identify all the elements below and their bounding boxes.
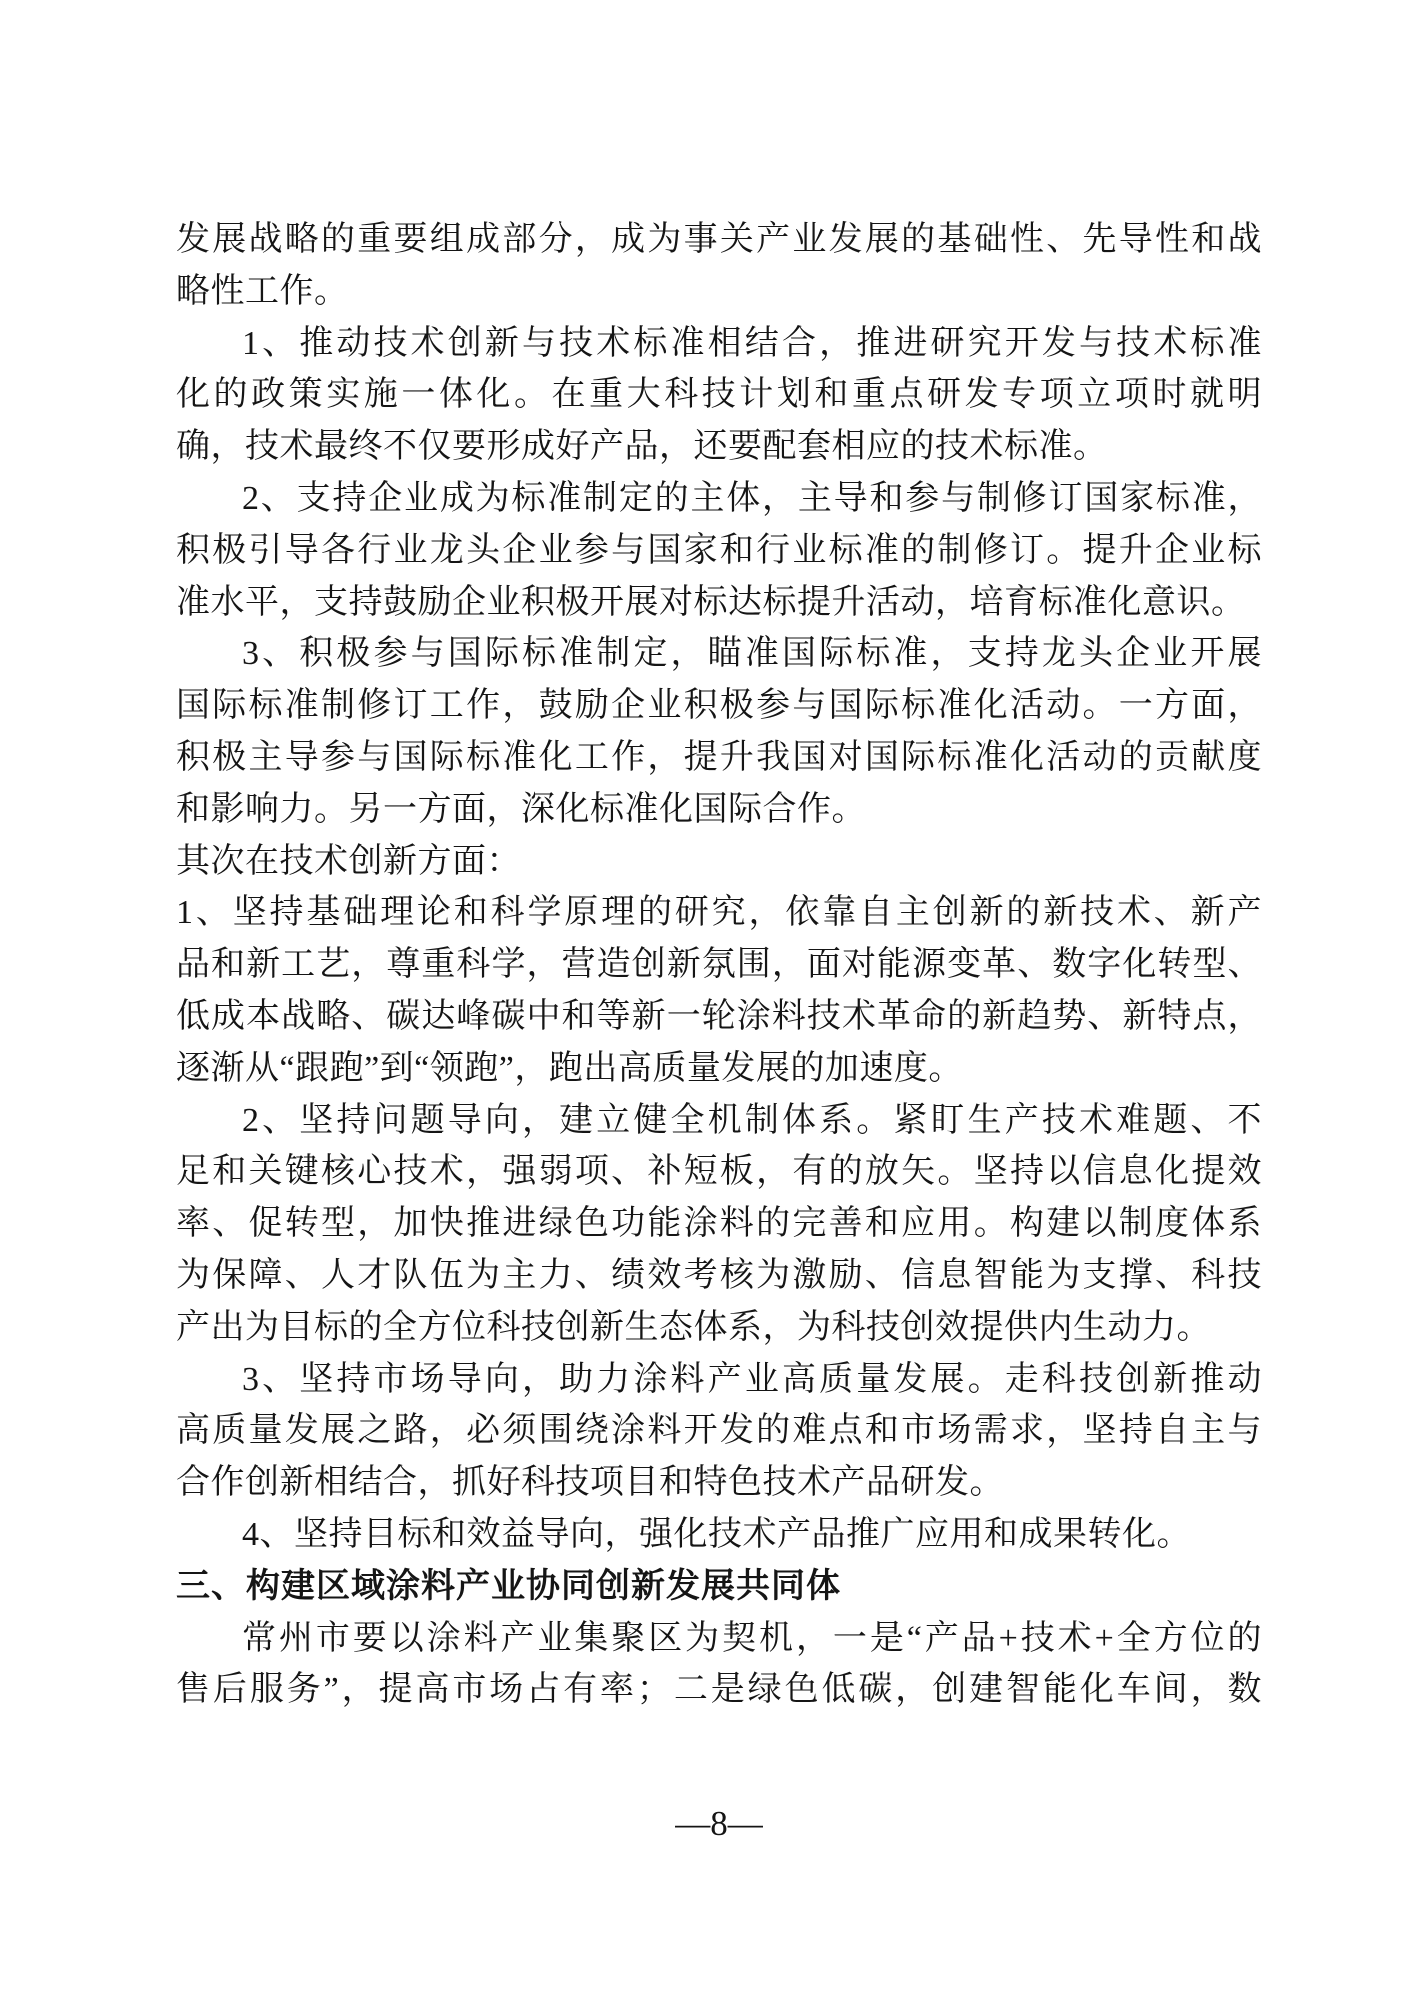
document-line: 合作创新相结合，抓好科技项目和特色技术产品研发。	[176, 1457, 1262, 1509]
document-line: 国际标准制修订工作，鼓励企业积极参与国际标准化活动。一方面，	[176, 680, 1262, 732]
document-line: 其次在技术创新方面：	[176, 836, 1262, 888]
document-line: 低成本战略、碳达峰碳中和等新一轮涂料技术革命的新趋势、新特点，	[176, 991, 1262, 1043]
page-number: —8—	[176, 1798, 1262, 1850]
document-line: 常州市要以涂料产业集聚区为契机，一是“产品+技术+全方位的	[176, 1613, 1262, 1665]
document-line: 为保障、人才队伍为主力、绩效考核为激励、信息智能为支撑、科技	[176, 1250, 1262, 1302]
document-line: 率、促转型，加快推进绿色功能涂料的完善和应用。构建以制度体系	[176, 1198, 1262, 1250]
document-line: 准水平，支持鼓励企业积极开展对标达标提升活动，培育标准化意识。	[176, 577, 1262, 629]
document-line: 3、坚持市场导向，助力涂料产业高质量发展。走科技创新推动	[176, 1354, 1262, 1406]
document-line: 2、支持企业成为标准制定的主体，主导和参与制修订国家标准，	[176, 473, 1262, 525]
document-line: 3、积极参与国际标准制定，瞄准国际标准，支持龙头企业开展	[176, 628, 1262, 680]
document-line: 4、坚持目标和效益导向，强化技术产品推广应用和成果转化。	[176, 1509, 1262, 1561]
document-page: 发展战略的重要组成部分，成为事关产业发展的基础性、先导性和战略性工作。1、推动技…	[0, 0, 1415, 2000]
document-line: 足和关键核心技术，强弱项、补短板，有的放矢。坚持以信息化提效	[176, 1146, 1262, 1198]
document-line: 1、坚持基础理论和科学原理的研究，依靠自主创新的新技术、新产	[176, 887, 1262, 939]
document-line: 产出为目标的全方位科技创新生态体系，为科技创效提供内生动力。	[176, 1302, 1262, 1354]
document-line: 和影响力。另一方面，深化标准化国际合作。	[176, 784, 1262, 836]
document-line: 积极主导参与国际标准化工作，提升我国对国际标准化活动的贡献度	[176, 732, 1262, 784]
document-line: 确，技术最终不仅要形成好产品，还要配套相应的技术标准。	[176, 421, 1262, 473]
document-line: 品和新工艺，尊重科学，营造创新氛围，面对能源变革、数字化转型、	[176, 939, 1262, 991]
section-heading: 三、构建区域涂料产业协同创新发展共同体	[176, 1561, 1262, 1613]
document-line: 售后服务”，提高市场占有率；二是绿色低碳，创建智能化车间，数	[176, 1664, 1262, 1716]
document-body: 发展战略的重要组成部分，成为事关产业发展的基础性、先导性和战略性工作。1、推动技…	[176, 214, 1262, 1716]
document-line: 2、坚持问题导向，建立健全机制体系。紧盯生产技术难题、不	[176, 1095, 1262, 1147]
document-line: 化的政策实施一体化。在重大科技计划和重点研发专项立项时就明	[176, 369, 1262, 421]
document-line: 高质量发展之路，必须围绕涂料开发的难点和市场需求，坚持自主与	[176, 1405, 1262, 1457]
document-line: 逐渐从“跟跑”到“领跑”，跑出高质量发展的加速度。	[176, 1043, 1262, 1095]
document-line: 积极引导各行业龙头企业参与国家和行业标准的制修订。提升企业标	[176, 525, 1262, 577]
document-line: 发展战略的重要组成部分，成为事关产业发展的基础性、先导性和战	[176, 214, 1262, 266]
document-line: 1、推动技术创新与技术标准相结合，推进研究开发与技术标准	[176, 318, 1262, 370]
document-line: 略性工作。	[176, 266, 1262, 318]
